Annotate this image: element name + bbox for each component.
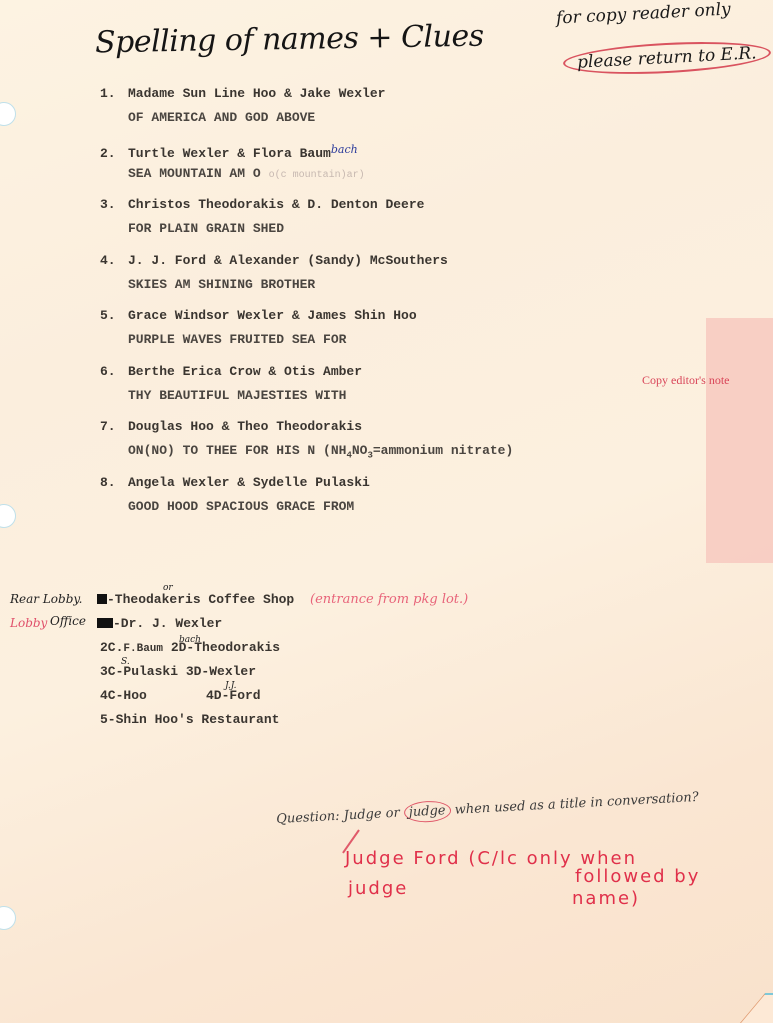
item-number: 7. xyxy=(100,415,128,439)
list-item: 2.Turtle Wexler & Flora Baumbach SEA MOU… xyxy=(100,138,513,194)
list-item: 4.J. J. Ford & Alexander (Sandy) McSouth… xyxy=(100,249,513,305)
pair-clue: ON(NO) TO THEE FOR HIS N (NH4NO3=ammoniu… xyxy=(100,439,513,463)
room-text: 3C-Pulaski xyxy=(100,664,178,679)
room-text: 2C. xyxy=(100,640,123,655)
struck-out-mark xyxy=(97,594,107,604)
handwritten-entrance-note: (entrance from pkg lot.) xyxy=(310,592,468,607)
pair-clue: THY BEAUTIFUL MAJESTIES WITH xyxy=(100,384,513,408)
room-text: -Dr. J. Wexler xyxy=(113,616,222,631)
room-text: -Theodakeris Coffee Shop xyxy=(107,592,294,607)
pair-names: Christos Theodorakis & D. Denton Deere xyxy=(128,197,424,212)
document-page: Spelling of names + Clues for copy reade… xyxy=(0,0,773,1023)
handwritten-office: Office xyxy=(50,614,86,628)
item-number: 3. xyxy=(100,193,128,217)
room-row: 5-Shin Hoo's Restaurant xyxy=(97,708,468,732)
list-item: 6.Berthe Erica Crow & Otis Amber THY BEA… xyxy=(100,360,513,416)
pair-clue: FOR PLAIN GRAIN SHED xyxy=(100,217,513,241)
question-text: when used as a title in conversation? xyxy=(454,790,699,818)
return-note-circled: please return to E.R. xyxy=(562,38,771,79)
item-number: 4. xyxy=(100,249,128,273)
item-number: 5. xyxy=(100,304,128,328)
pair-names: Grace Windsor Wexler & James Shin Hoo xyxy=(128,308,417,323)
pair-clue: SKIES AM SHINING BROTHER xyxy=(100,273,513,297)
item-number: 1. xyxy=(100,82,128,106)
punch-hole-bottom xyxy=(0,906,16,930)
pair-names: Douglas Hoo & Theo Theodorakis xyxy=(128,419,362,434)
pair-names: Madame Sun Line Hoo & Jake Wexler xyxy=(128,86,385,101)
pair-names: Turtle Wexler & Flora Baum xyxy=(128,146,331,161)
copy-reader-note: for copy reader only xyxy=(556,0,732,29)
handwritten-insert: bach xyxy=(331,143,358,156)
faint-note: o(c mountain)ar) xyxy=(269,170,365,181)
list-item: 5.Grace Windsor Wexler & James Shin Hoo … xyxy=(100,304,513,360)
handwritten-lobby: Lobby xyxy=(10,616,47,630)
room-text: 4C-Hoo xyxy=(100,684,206,708)
pair-names: Angela Wexler & Sydelle Pulaski xyxy=(128,475,370,490)
pair-clue: OF AMERICA AND GOD ABOVE xyxy=(100,106,513,130)
pair-names: Berthe Erica Crow & Otis Amber xyxy=(128,364,362,379)
item-number: 2. xyxy=(100,142,128,166)
question-text: Judge or xyxy=(343,806,400,824)
list-item: 7.Douglas Hoo & Theo Theodorakis ON(NO) … xyxy=(100,415,513,471)
handwritten-insert: S. xyxy=(121,650,130,674)
punch-hole-middle xyxy=(0,504,16,528)
room-row: -Theodakeris Coffee Shop or (entrance fr… xyxy=(97,588,468,612)
handwritten-insert: or xyxy=(163,576,173,600)
answer-line-2-right: followed by xyxy=(575,866,700,887)
item-number: 8. xyxy=(100,471,128,495)
list-item: 8.Angela Wexler & Sydelle Pulaski GOOD H… xyxy=(100,471,513,527)
clue-text: =ammonium nitrate) xyxy=(373,443,513,458)
handwritten-question: Question: Judge or judge when used as a … xyxy=(276,787,699,830)
clue-text: ON(NO) TO THEE FOR HIS N (NH xyxy=(128,443,346,458)
room-assignments: -Theodakeris Coffee Shop or (entrance fr… xyxy=(97,588,468,732)
pair-clue: GOOD HOOD SPACIOUS GRACE FROM xyxy=(100,495,513,519)
struck-out-mark xyxy=(97,618,113,628)
handwritten-insert: bach xyxy=(179,628,201,652)
punch-hole-top xyxy=(0,102,16,126)
copy-editor-note-label: Copy editor's note xyxy=(642,373,730,388)
pink-sticky-flag xyxy=(706,318,773,563)
clue-text: NO xyxy=(352,443,368,458)
handwritten-insert: J.J. xyxy=(225,674,237,698)
question-label: Question: xyxy=(276,809,340,827)
circled-word: judge xyxy=(403,800,451,823)
answer-line-2-left: judge xyxy=(348,878,408,899)
list-item: 1.Madame Sun Line Hoo & Jake Wexler OF A… xyxy=(100,82,513,138)
handwritten-rear-lobby: Rear Lobby. xyxy=(10,592,82,606)
list-item: 3.Christos Theodorakis & D. Denton Deere… xyxy=(100,193,513,249)
pair-names: J. J. Ford & Alexander (Sandy) McSouther… xyxy=(128,253,448,268)
room-row: 2C.F.Baum bach 2D-Theodorakis xyxy=(97,636,468,660)
names-clues-list: 1.Madame Sun Line Hoo & Jake Wexler OF A… xyxy=(100,82,513,526)
item-number: 6. xyxy=(100,360,128,384)
handwritten-title: Spelling of names + Clues xyxy=(95,19,484,61)
folded-corner xyxy=(740,993,773,1023)
pair-clue: SEA MOUNTAIN AM O xyxy=(128,166,261,181)
room-text: 3D-Wexler xyxy=(186,664,256,679)
pair-clue: PURPLE WAVES FRUITED SEA FOR xyxy=(100,328,513,352)
room-row: -Dr. J. Wexler xyxy=(97,612,468,636)
room-text: 5-Shin Hoo's Restaurant xyxy=(100,712,279,727)
room-row: 3C-Pulaski S. 3D-Wexler xyxy=(97,660,468,684)
answer-line-3: name) xyxy=(572,888,640,909)
room-row: 4C-Hoo4D-Ford J.J. xyxy=(97,684,468,708)
